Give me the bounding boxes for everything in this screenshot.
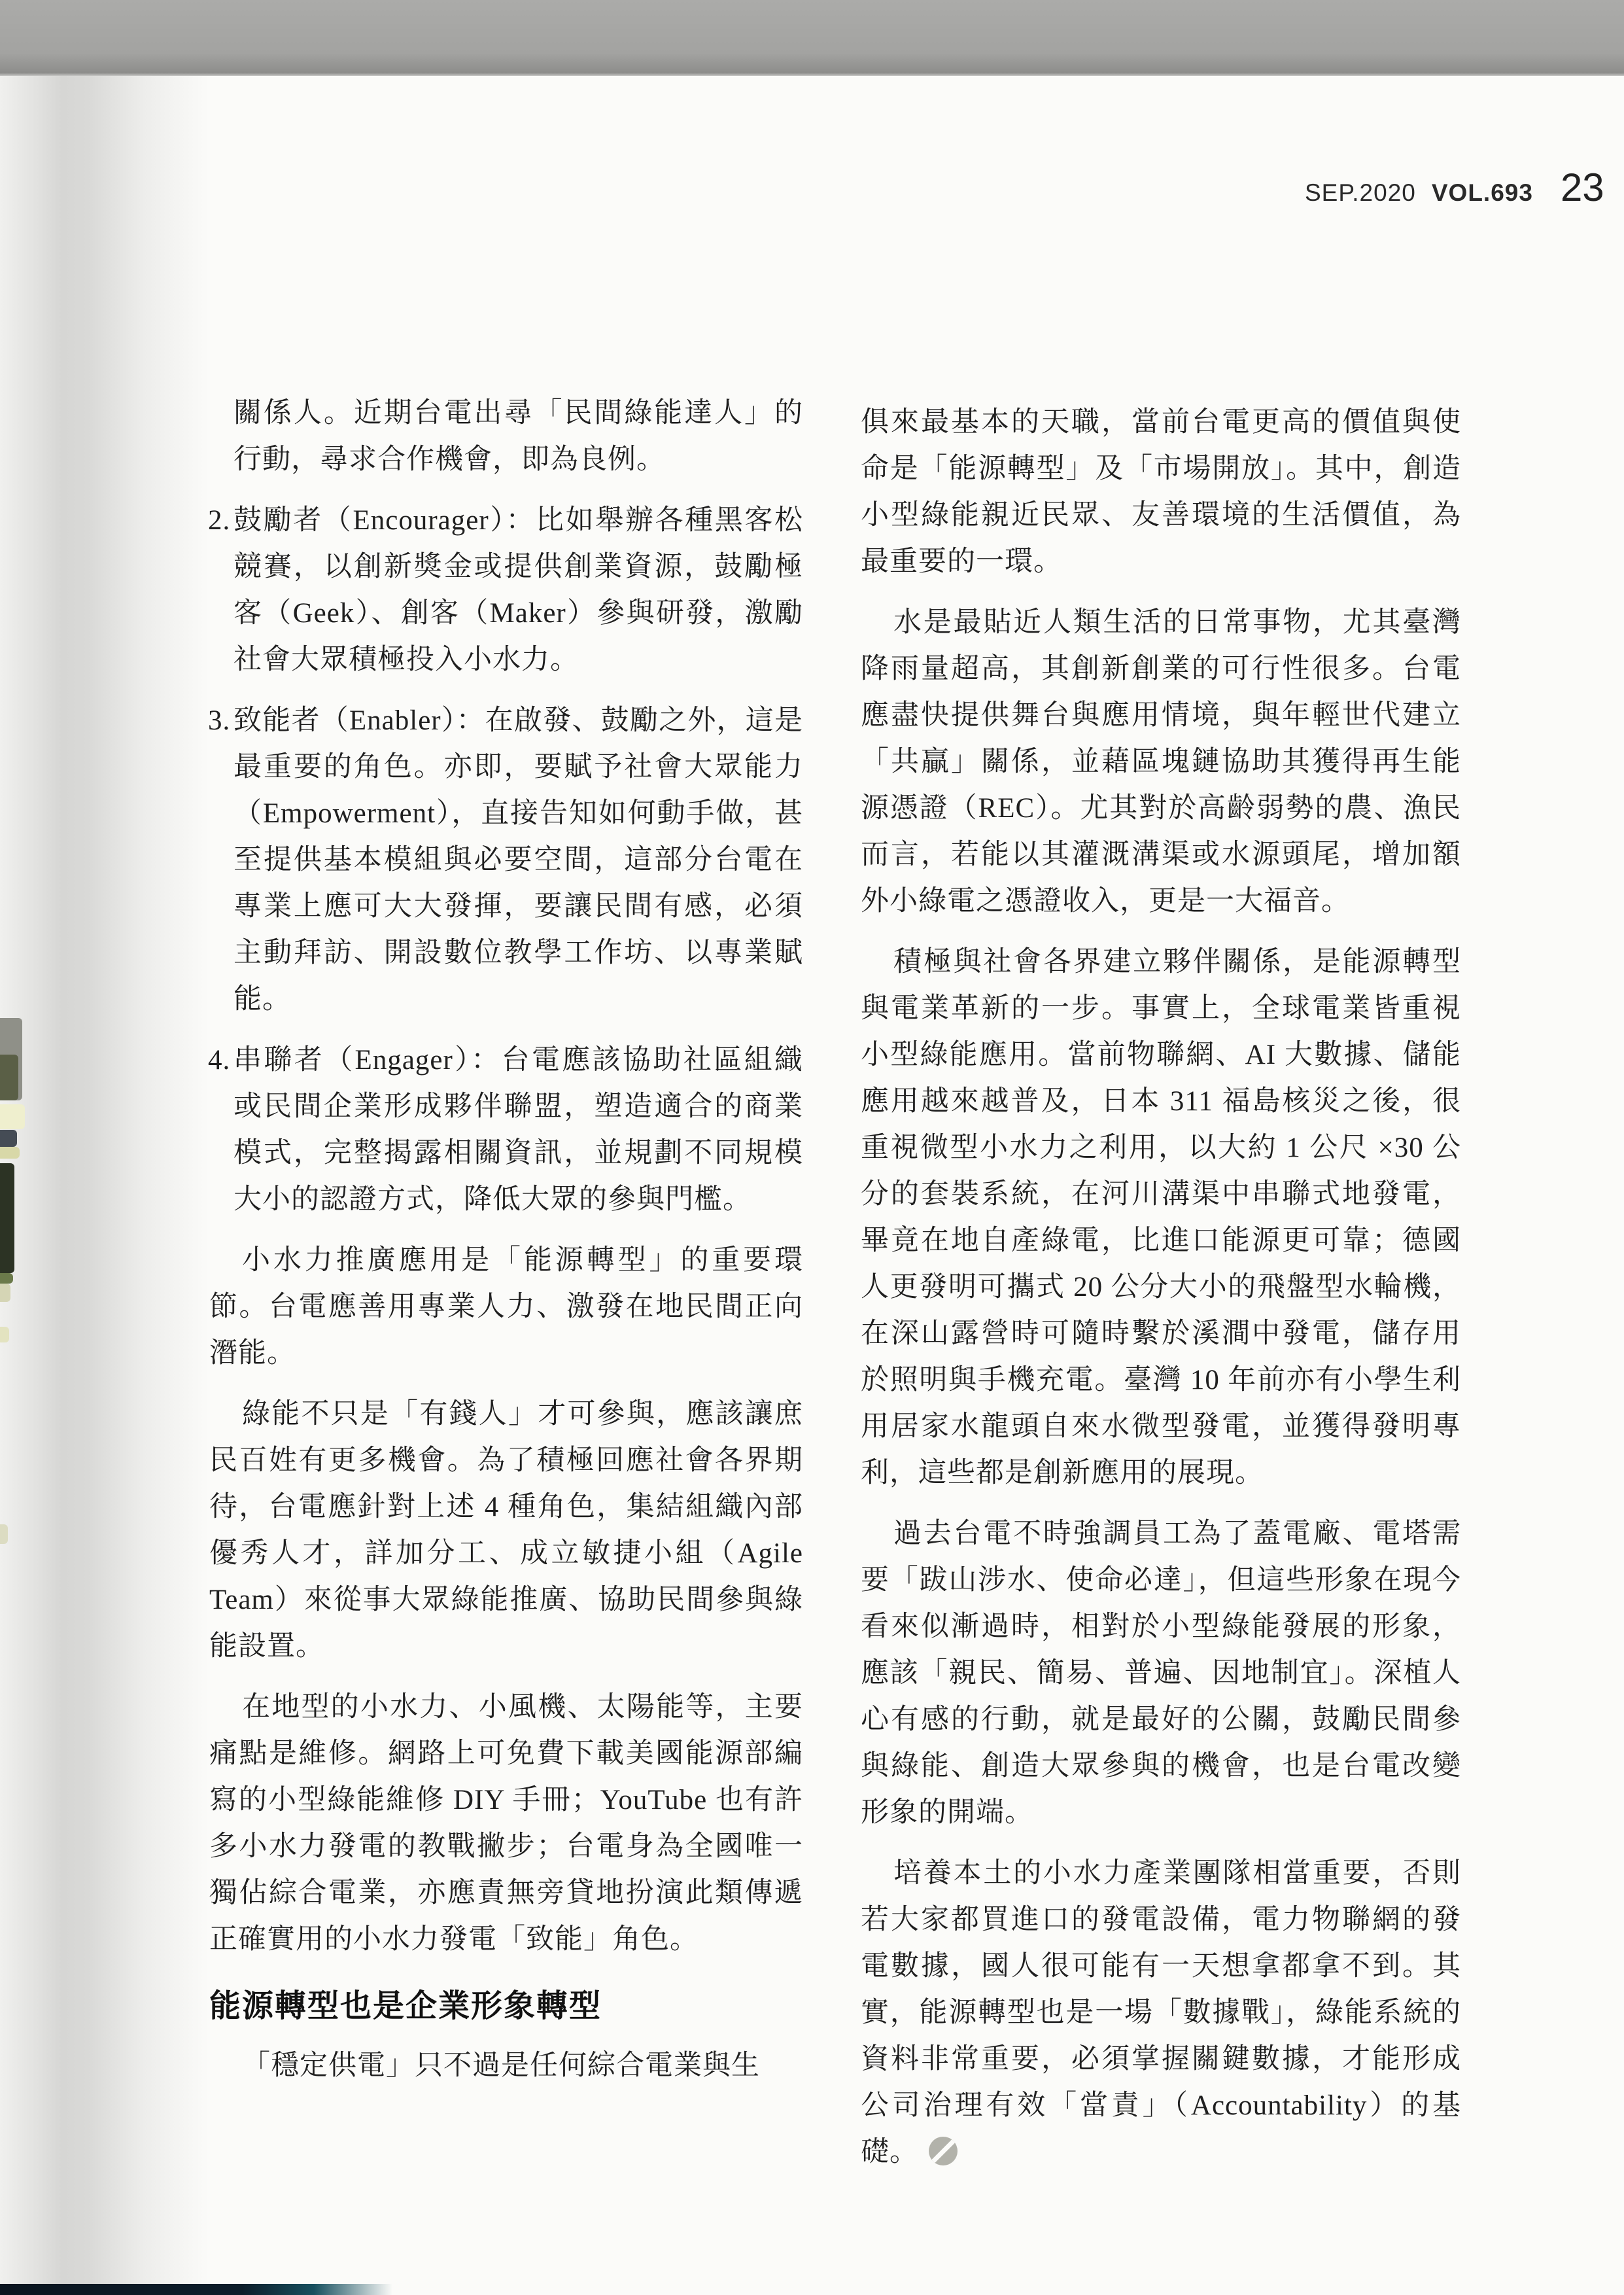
final-paragraph: 培養本土的小水力產業團隊相當重要，否則若大家都買進口的發電設備，電力物聯網的發電… [861,1850,1461,2175]
list-item-2-marker: 2. [208,497,230,544]
left-text-column: 關係人。近期台電出尋「民間綠能達人」的行動，尋求合作機會，即為良例。 2. 鼓勵… [209,390,803,2103]
paragraph: 小水力推廣應用是「能源轉型」的重要環節。台電應善用專業人力、激發在地民間正向潛能… [209,1237,803,1376]
volume-number: VOL.693 [1432,179,1533,207]
scan-edge-bottom-left [0,2284,406,2295]
spine-photo-fragments [0,0,39,2295]
spine-photo-fragment [0,1524,8,1544]
spine-photo-fragment [0,1163,14,1273]
end-of-article-slash [929,2137,958,2165]
end-of-article-icon [929,2137,958,2165]
scan-edge-top [0,0,1624,76]
list-item-3: 3. 致能者（Enabler）：在啟發、鼓勵之外，這是最重要的角色。亦即，要賦予… [209,697,803,1023]
spine-photo-fragment [0,1130,17,1147]
paragraph: 綠能不只是「有錢人」才可參與，應該讓庶民百姓有更多機會。為了積極回應社會各界期待… [209,1391,803,1670]
list-item-4-marker: 4. [208,1037,230,1083]
list-item-4: 4. 串聯者（Engager）：台電應該協助社區組織或民間企業形成夥伴聯盟，塑造… [209,1037,803,1223]
list-item-4-text: 串聯者（Engager）：台電應該協助社區組織或民間企業形成夥伴聯盟，塑造適合的… [233,1045,803,1215]
spine-photo-fragment [0,1055,18,1100]
list-item-2: 2. 鼓勵者（Encourager）：比如舉辦各種黑客松競賽，以創新獎金或提供創… [209,497,803,683]
paragraph: 「穩定供電」只不過是任何綜合電業與生 [209,2042,803,2089]
final-paragraph-text: 培養本土的小水力產業團隊相當重要，否則若大家都買進口的發電設備，電力物聯網的發電… [861,1858,1461,2167]
paragraph: 在地型的小水力、小風機、太陽能等，主要痛點是維修。網路上可免費下載美國能源部編寫… [209,1684,803,1963]
issue-date: SEP.2020 [1305,179,1416,207]
page-number: 23 [1561,165,1604,210]
spine-photo-fragment [0,1104,25,1129]
list-item-3-text: 致能者（Enabler）：在啟發、鼓勵之外，這是最重要的角色。亦即，要賦予社會大… [233,705,803,1015]
magazine-page: SEP.2020 VOL.693 23 關係人。近期台電出尋「民間綠能達人」的行… [0,0,1624,2295]
paragraph: 過去台電不時強調員工為了蓋電廠、電塔需要「跋山涉水、使命必達」，但這些形象在現今… [861,1511,1461,1836]
spine-photo-fragment [0,1284,10,1302]
paragraph: 積極與社會各界建立夥伴關係，是能源轉型與電業革新的一步。事實上，全球電業皆重視小… [861,939,1461,1496]
list-item-3-marker: 3. [208,697,230,744]
list-item-1-continuation: 關係人。近期台電出尋「民間綠能達人」的行動，尋求合作機會，即為良例。 [209,390,803,483]
list-item-2-text: 鼓勵者（Encourager）：比如舉辦各種黑客松競賽，以創新獎金或提供創業資源… [233,505,803,675]
spine-photo-fragment [0,1327,9,1342]
right-text-column: 俱來最基本的天職，當前台電更高的價值與使命是「能源轉型」及「市場開放」。其中，創… [861,399,1461,2190]
spine-photo-fragment [0,1147,20,1159]
page-header: SEP.2020 VOL.693 23 [1305,165,1604,210]
section-heading: 能源轉型也是企業形象轉型 [209,1986,803,2027]
spine-photo-fragment [0,1273,13,1284]
paragraph: 俱來最基本的天職，當前台電更高的價值與使命是「能源轉型」及「市場開放」。其中，創… [861,399,1461,585]
paragraph: 水是最貼近人類生活的日常事物，尤其臺灣降雨量超高，其創新創業的可行性很多。台電應… [861,599,1461,924]
